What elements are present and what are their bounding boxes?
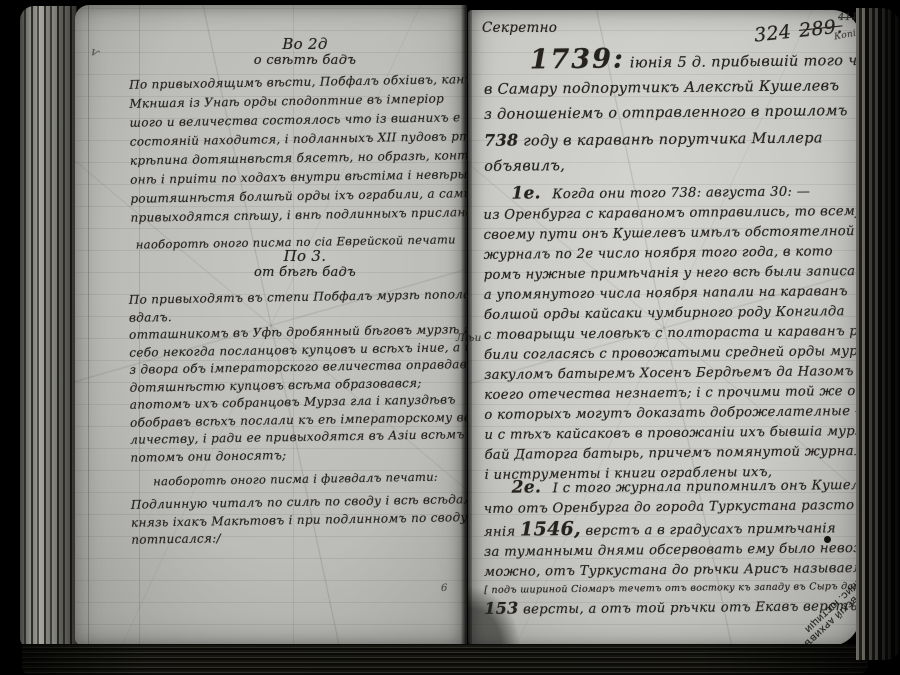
year-738: 738 (484, 131, 519, 150)
manuscript-line: 153 версты, а отъ той рѣчки отъ Екавъ ве… (484, 595, 850, 621)
distance-1546: 1546, (520, 518, 581, 541)
book-binding-right (856, 8, 900, 660)
section1-subheading: о свѣтѣ бадъ (215, 53, 395, 68)
book-gutter-shadow (461, 4, 472, 646)
section2-heading: По 3. (215, 247, 395, 265)
manuscript-line: 738 году в караванѣ порутчика Миллера (484, 124, 850, 155)
section1-heading: Во 2д (215, 35, 395, 53)
year-1739: 1739: (530, 43, 625, 75)
book-page-edges-bottom (22, 644, 868, 675)
manuscript-line: привыходятся спѣшу, і внѣ подлинныхъ при… (130, 203, 460, 227)
manuscript-line: в Самару подпорутчикъ Алексѣй Кушелевъ (484, 74, 850, 103)
manuscript-scan: ѵ 6 Во 2д о свѣтѣ бадъ По привыходящимъ … (0, 0, 900, 675)
manuscript-line: з доношеніемъ о отправленного в прошломъ (484, 99, 850, 128)
manuscript-line: объявилъ, (484, 151, 850, 180)
page-edge-rule (88, 5, 89, 646)
pen-corner-mark: 6 (441, 583, 448, 594)
section2-subheading: от бѣгѣ бадъ (215, 265, 395, 280)
section2-centered-line: наоборотѣ оного писма і фигвдалъ печати: (131, 469, 461, 488)
book-page-edges-left (20, 6, 77, 648)
intro-paragraph: 1739: іюнія 5 д. прибывшій того числа в … (484, 45, 851, 179)
item-1-number: 1е. (511, 183, 541, 203)
folio-number-current: 324 (753, 21, 792, 47)
item-2-number: 2е. (512, 477, 542, 497)
distance-153: 153 (484, 599, 519, 618)
folio-numbers: 324289. (753, 15, 844, 46)
section1-text: По привыходящимъ вѣсти, Побфалъ обхіивъ,… (129, 71, 461, 250)
right-page: Секретно 324289. 411 Копія Лѣи 1739: іюн… (468, 10, 860, 646)
left-page: ѵ 6 Во 2д о свѣтѣ бадъ По привыходящимъ … (75, 5, 467, 646)
date-line: 1739: іюнія 5 д. прибывшій того числа (484, 44, 850, 78)
crossed-out-number: 411 (838, 12, 858, 23)
pen-tick-mark: ѵ (89, 44, 102, 60)
secret-label: Секретно (482, 20, 557, 36)
item-1-paragraph: 1е. Когда они того 738: августа 30: — из… (483, 181, 850, 485)
section2-text: По привыходятъ въ степи Побфалъ мурзѣ по… (129, 287, 462, 548)
item-2-paragraph: 2е. І с того журнала припомнилъ онъ Куше… (484, 475, 851, 620)
